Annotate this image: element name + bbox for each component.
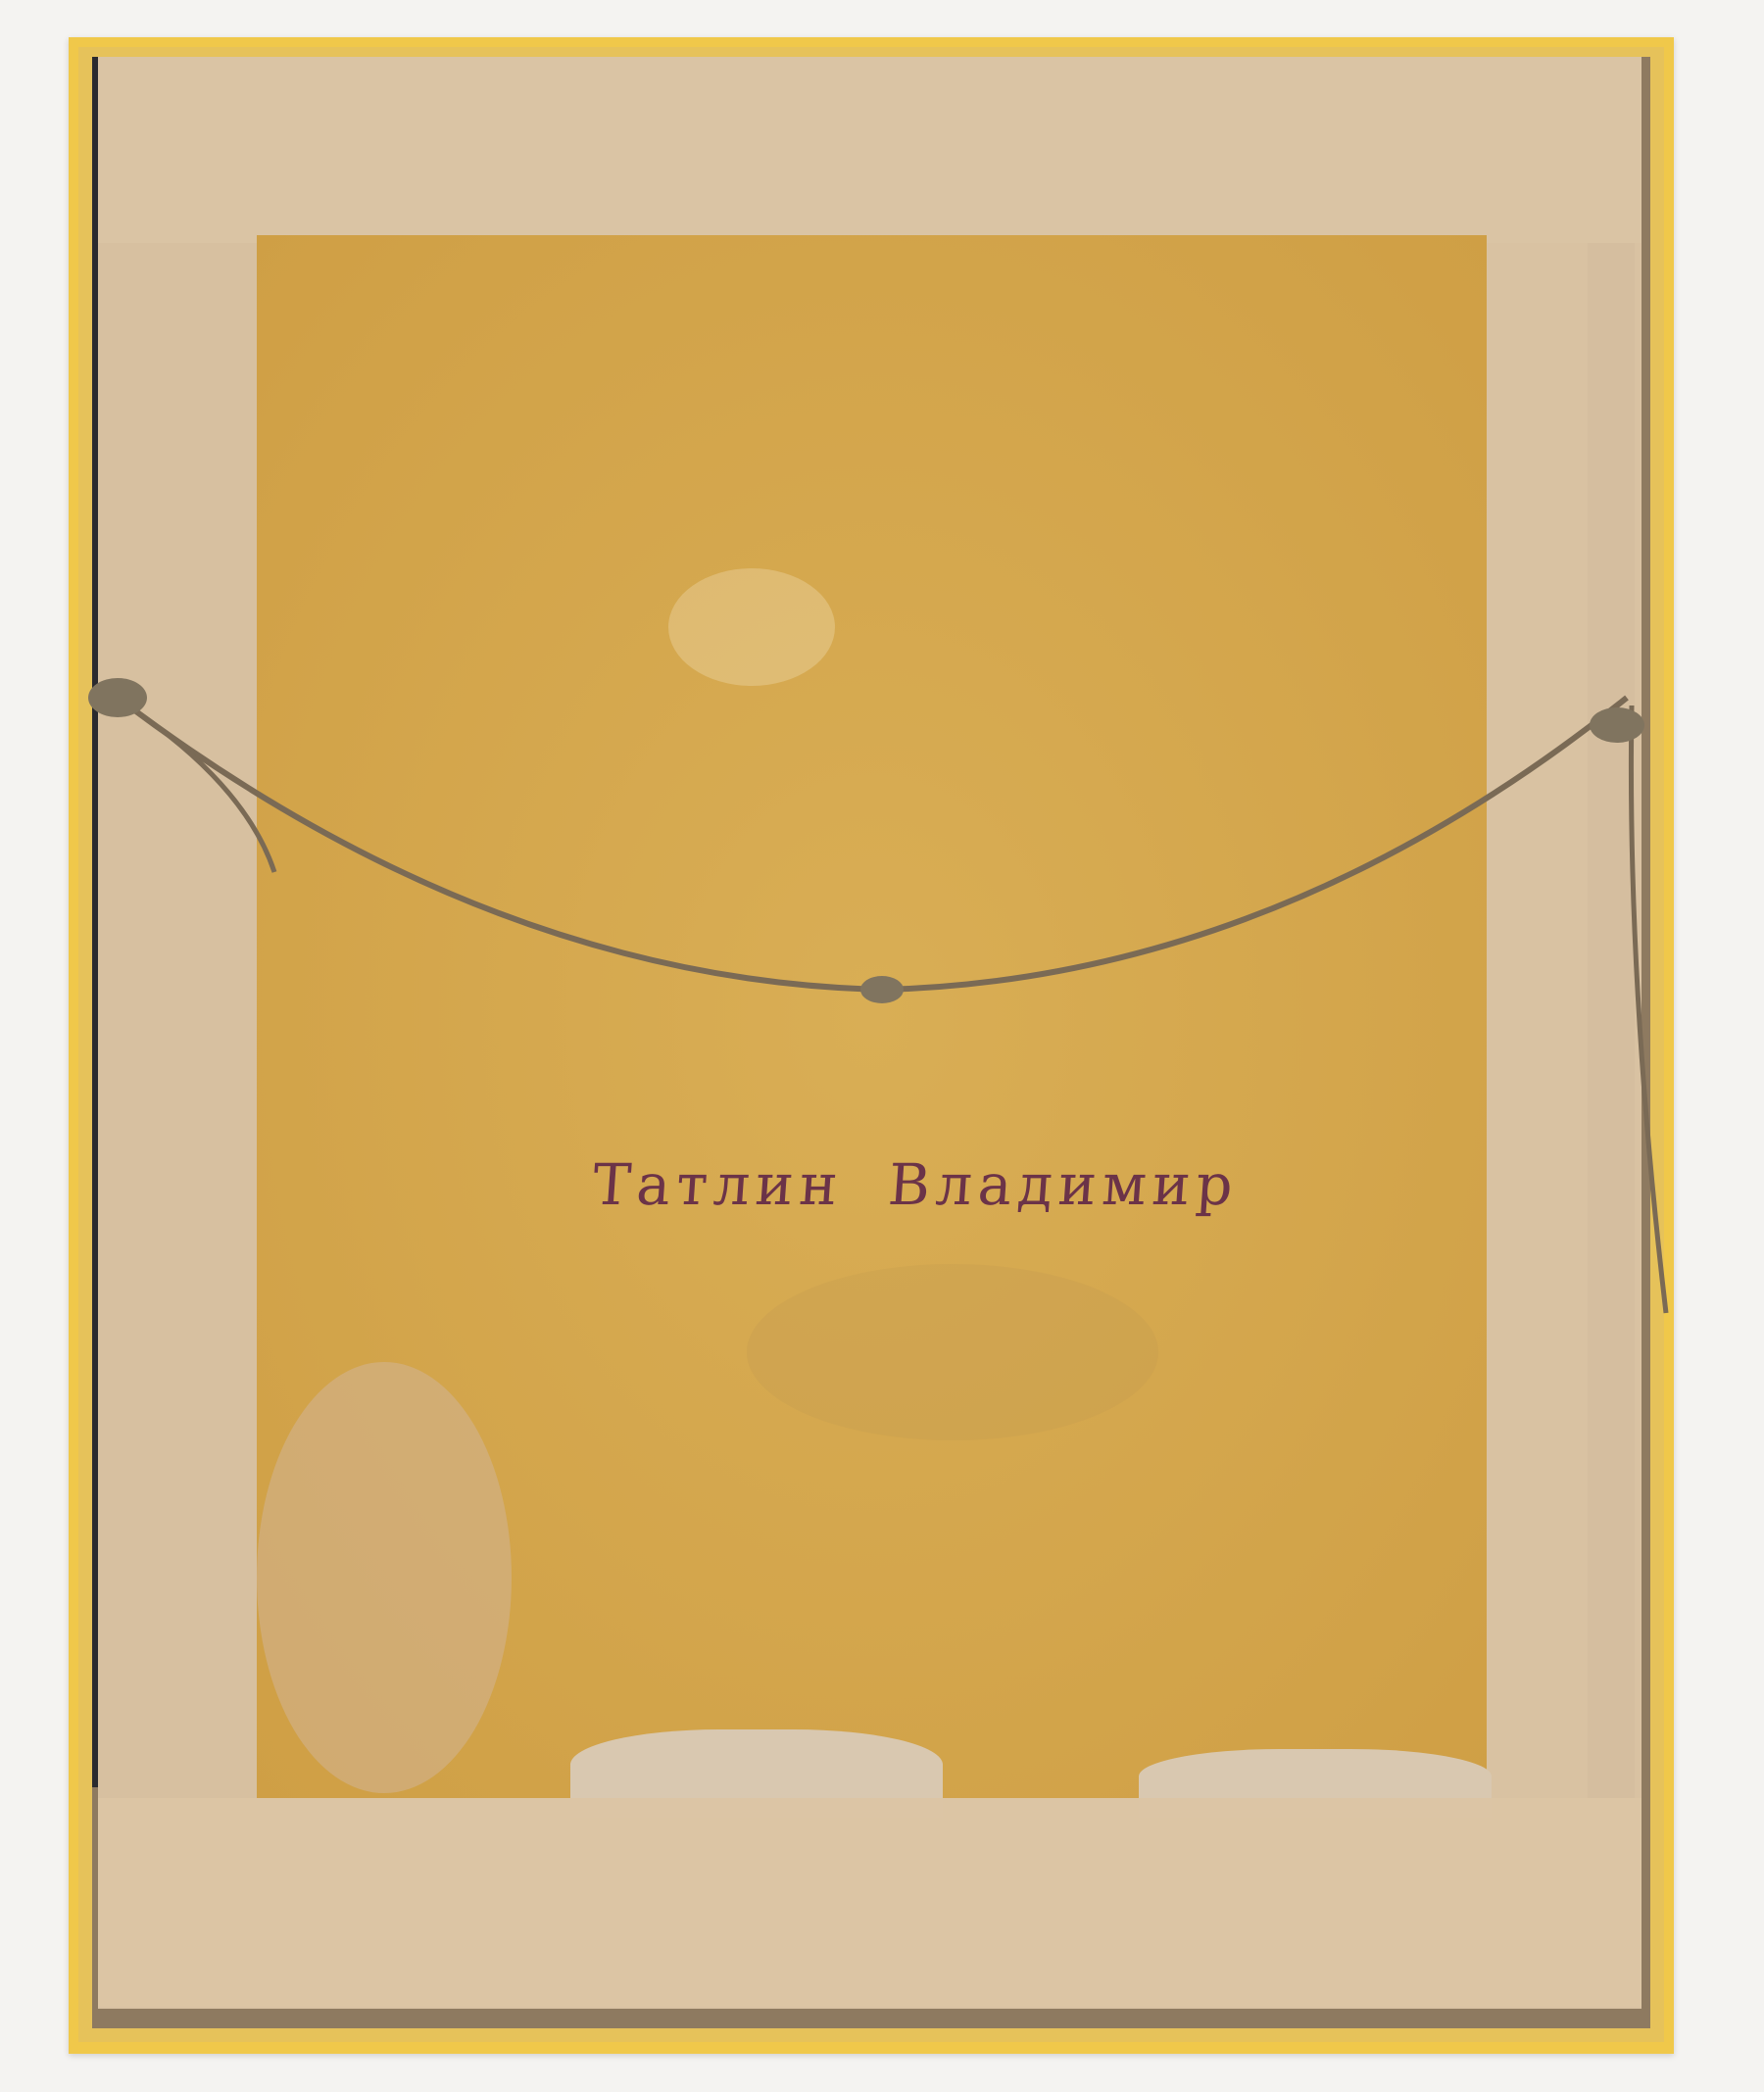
cardboard-backing: [257, 235, 1487, 1798]
handwritten-inscription: ТатлинВладимир: [591, 1151, 1287, 1218]
tape-top: [98, 57, 1641, 243]
inscription-firstname: Владимир: [886, 1151, 1241, 1218]
light-spot: [668, 568, 835, 686]
water-stain: [257, 1362, 512, 1793]
tape-right: [1480, 57, 1641, 2007]
inscription-surname: Татлин: [591, 1151, 846, 1218]
water-stain: [747, 1264, 1158, 1440]
tape-bottom: [98, 1798, 1641, 2009]
tape-left: [98, 57, 265, 2007]
